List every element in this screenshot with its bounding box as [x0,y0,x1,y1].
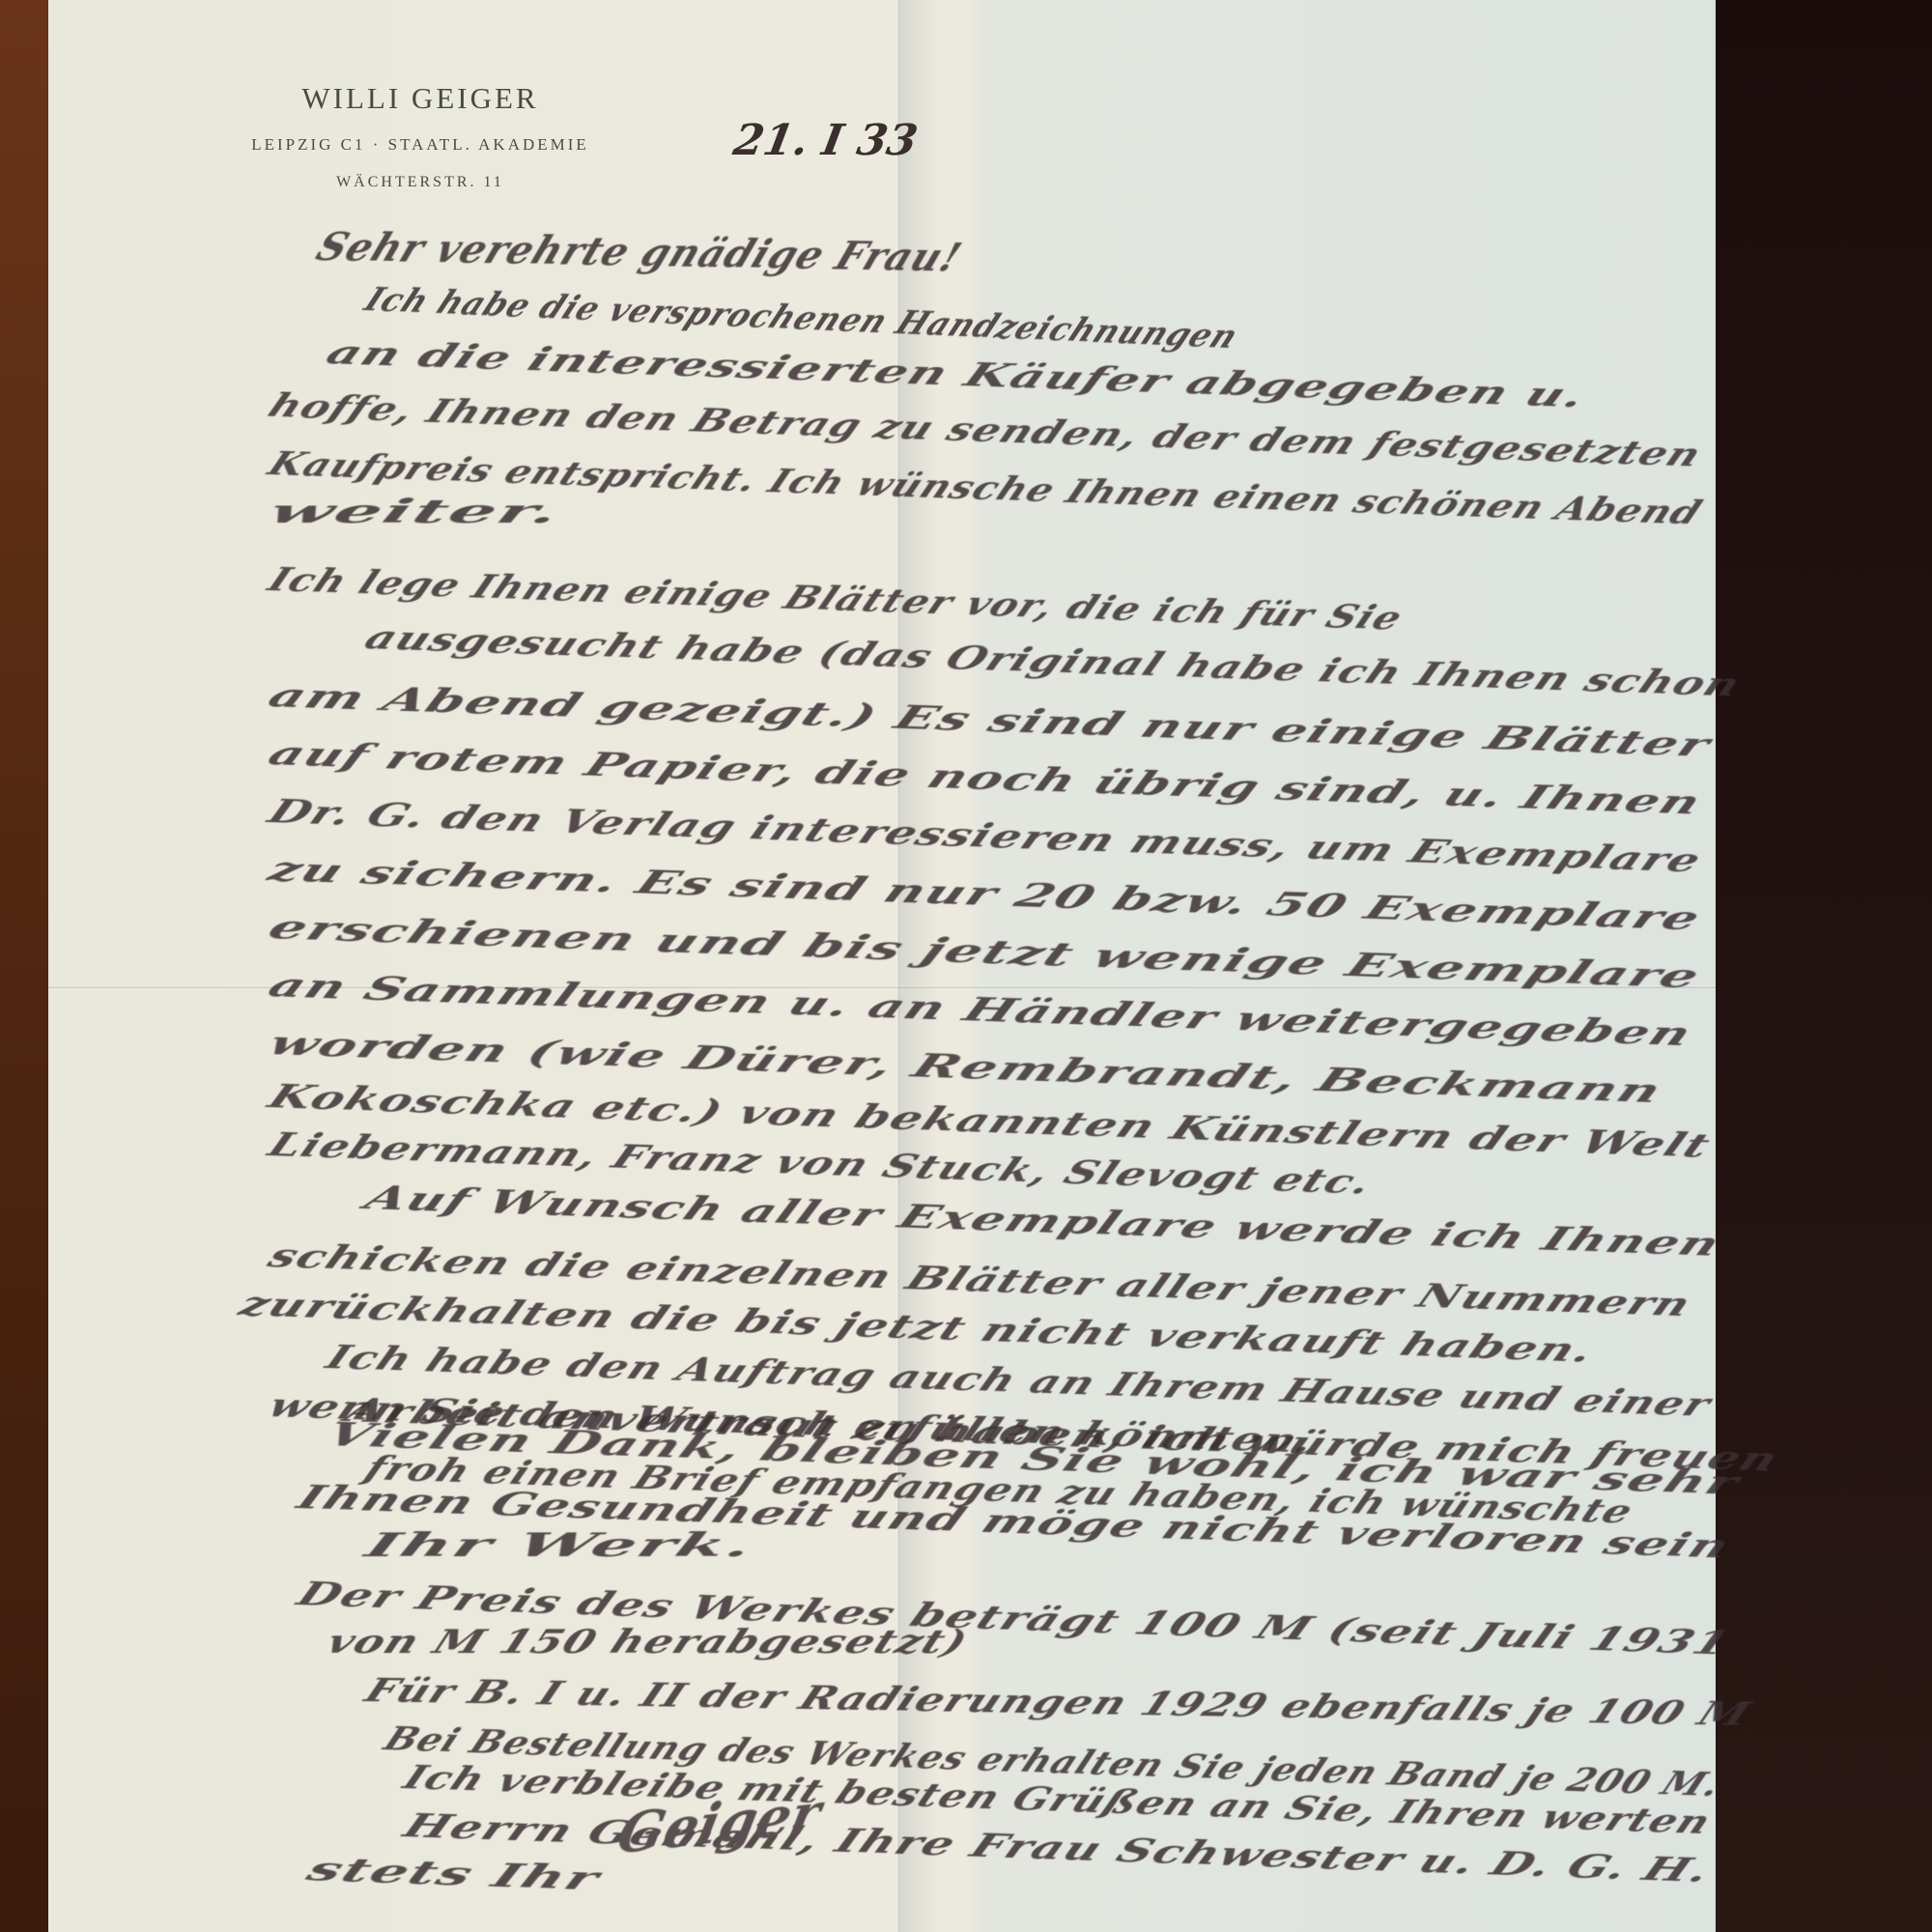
table-surface-left [0,0,48,1932]
letter-sheet: WILLI GEIGER LEIPZIG C1 · STAATL. AKADEM… [48,0,1716,1932]
handwritten-line: Für B. I u. II der Radierungen 1929 eben… [359,1671,1757,1734]
letterhead-name: WILLI GEIGER [213,81,628,116]
salutation: Sehr verehrte gnädige Frau! [310,224,1100,283]
letter-date: 21. I 33 [730,116,922,165]
letterhead: WILLI GEIGER LEIPZIG C1 · STAATL. AKADEM… [213,81,628,191]
handwritten-line: weiter. [263,493,568,531]
letterhead-address: LEIPZIG C1 · STAATL. AKADEMIE [213,135,628,155]
letterhead-street: WÄCHTERSTR. 11 [213,174,628,191]
handwritten-line: von M 150 herabgesetzt) [321,1623,975,1662]
handwritten-line: stets Ihr [300,1850,607,1898]
handwritten-line: Ihr Werk. [359,1526,761,1565]
table-surface-right [1716,0,1932,1932]
